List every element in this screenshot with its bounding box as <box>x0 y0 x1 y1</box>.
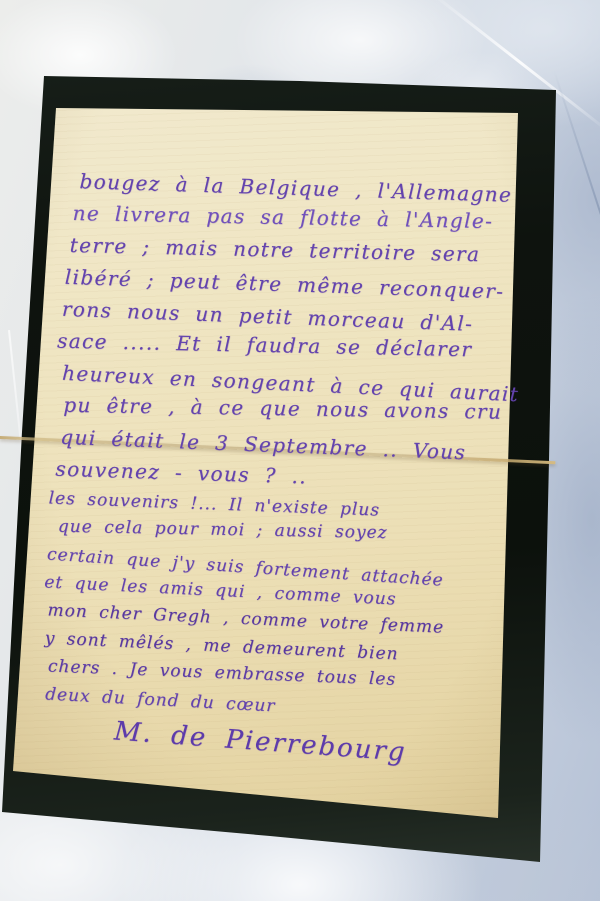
letter-line-8: pu être , à ce que nous avons cru <box>63 389 537 428</box>
backdrop-crease-streak <box>553 70 600 356</box>
photo-scene: bougez à la Belgique , l'Allemagne ne li… <box>0 0 600 901</box>
handwriting-block: bougez à la Belgique , l'Allemagne ne li… <box>58 165 544 758</box>
